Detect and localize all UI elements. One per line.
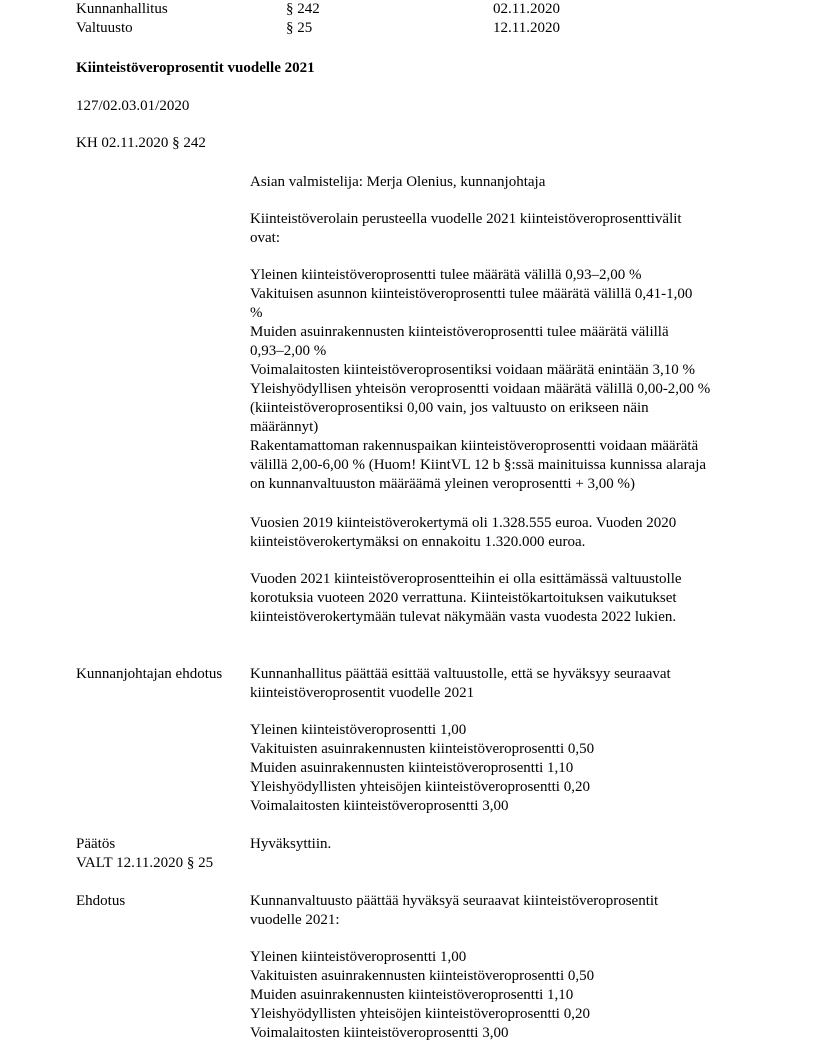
- rate-line: Yleishyödyllisten yhteisöjen kiinteistöv…: [250, 1005, 750, 1024]
- rate-line: Muiden asuinrakennusten kiinteistöveropr…: [250, 759, 750, 778]
- ranges-paragraph: Yleinen kiinteistöveroprosentti tulee mä…: [250, 266, 750, 494]
- text-line: välillä 2,00-6,00 % (Huom! KiintVL 12 b …: [250, 456, 750, 475]
- rate-line: Muiden asuinrakennusten kiinteistöveropr…: [250, 986, 750, 1005]
- text-line: määrännyt): [250, 418, 750, 437]
- text-line: Yleinen kiinteistöveroprosentti tulee mä…: [250, 266, 750, 285]
- header-section: § 25: [286, 19, 312, 38]
- decision-text: Hyväksyttiin.: [250, 835, 331, 854]
- header-date: 12.11.2020: [493, 19, 560, 38]
- council-reference: VALT 12.11.2020 § 25: [76, 854, 213, 873]
- text-line: 0,93–2,00 %: [250, 342, 750, 361]
- header-body: Kunnanhallitus: [76, 0, 168, 19]
- text-line: (kiinteistöveroprosentiksi 0,00 vain, jo…: [250, 399, 750, 418]
- text-line: Voimalaitosten kiinteistöveroprosentiksi…: [250, 361, 750, 380]
- rate-line: Yleinen kiinteistöveroprosentti 1,00: [250, 721, 750, 740]
- text-line: Rakentamattoman rakennuspaikan kiinteist…: [250, 437, 750, 456]
- council-proposal-label: Ehdotus: [76, 892, 125, 911]
- text-line: ovat:: [250, 229, 750, 248]
- meeting-reference: KH 02.11.2020 § 242: [76, 134, 206, 153]
- proposal-rates: Yleinen kiinteistöveroprosentti 1,00 Vak…: [250, 721, 750, 816]
- preparer: Asian valmistelija: Merja Olenius, kunna…: [250, 173, 545, 192]
- council-proposal-text: Kunnanvaltuusto päättää hyväksyä seuraav…: [250, 892, 750, 930]
- header-date: 02.11.2020: [493, 0, 560, 19]
- text-line: kiinteistöverokertymäksi on ennakoitu 1.…: [250, 533, 750, 552]
- header-body: Valtuusto: [76, 19, 133, 38]
- text-line: kiinteistöverokertymään tulevat näkymään…: [250, 608, 750, 627]
- rate-line: Yleishyödyllisten yhteisöjen kiinteistöv…: [250, 778, 750, 797]
- rate-line: Voimalaitosten kiinteistöveroprosentti 3…: [250, 797, 750, 816]
- no-increase-paragraph: Vuoden 2021 kiinteistöveroprosentteihin …: [250, 570, 750, 627]
- rate-line: Yleinen kiinteistöveroprosentti 1,00: [250, 948, 750, 967]
- header-section: § 242: [286, 0, 320, 19]
- text-line: Vuosien 2019 kiinteistöverokertymä oli 1…: [250, 514, 750, 533]
- rate-line: Vakituisten asuinrakennusten kiinteistöv…: [250, 967, 750, 986]
- text-line: Vakituisen asunnon kiinteistöveroprosent…: [250, 285, 750, 304]
- proposal-label: Kunnanjohtajan ehdotus: [76, 665, 222, 684]
- rate-line: Vakituisten asuinrakennusten kiinteistöv…: [250, 740, 750, 759]
- text-line: on kunnanvaltuuston määräämä yleinen ver…: [250, 475, 750, 494]
- text-line: Kunnanvaltuusto päättää hyväksyä seuraav…: [250, 892, 750, 911]
- text-line: %: [250, 304, 750, 323]
- proposal-text: Kunnanhallitus päättää esittää valtuusto…: [250, 665, 750, 703]
- text-line: Kiinteistöverolain perusteella vuodelle …: [250, 210, 750, 229]
- intro-paragraph: Kiinteistöverolain perusteella vuodelle …: [250, 210, 750, 248]
- text-line: kiinteistöveroprosentit vuodelle 2021: [250, 684, 750, 703]
- council-proposal-rates: Yleinen kiinteistöveroprosentti 1,00 Vak…: [250, 948, 750, 1043]
- text-line: korotuksia vuoteen 2020 verrattuna. Kiin…: [250, 589, 750, 608]
- document-title: Kiinteistöveroprosentit vuodelle 2021: [76, 59, 315, 78]
- text-line: vuodelle 2021:: [250, 911, 750, 930]
- rate-line: Voimalaitosten kiinteistöveroprosentti 3…: [250, 1024, 750, 1043]
- text-line: Muiden asuinrakennusten kiinteistöveropr…: [250, 323, 750, 342]
- text-line: Kunnanhallitus päättää esittää valtuusto…: [250, 665, 750, 684]
- text-line: Vuoden 2021 kiinteistöveroprosentteihin …: [250, 570, 750, 589]
- revenue-paragraph: Vuosien 2019 kiinteistöverokertymä oli 1…: [250, 514, 750, 552]
- text-line: Yleishyödyllisen yhteisön veroprosentti …: [250, 380, 750, 399]
- decision-label: Päätös: [76, 835, 115, 854]
- diary-number: 127/02.03.01/2020: [76, 97, 189, 116]
